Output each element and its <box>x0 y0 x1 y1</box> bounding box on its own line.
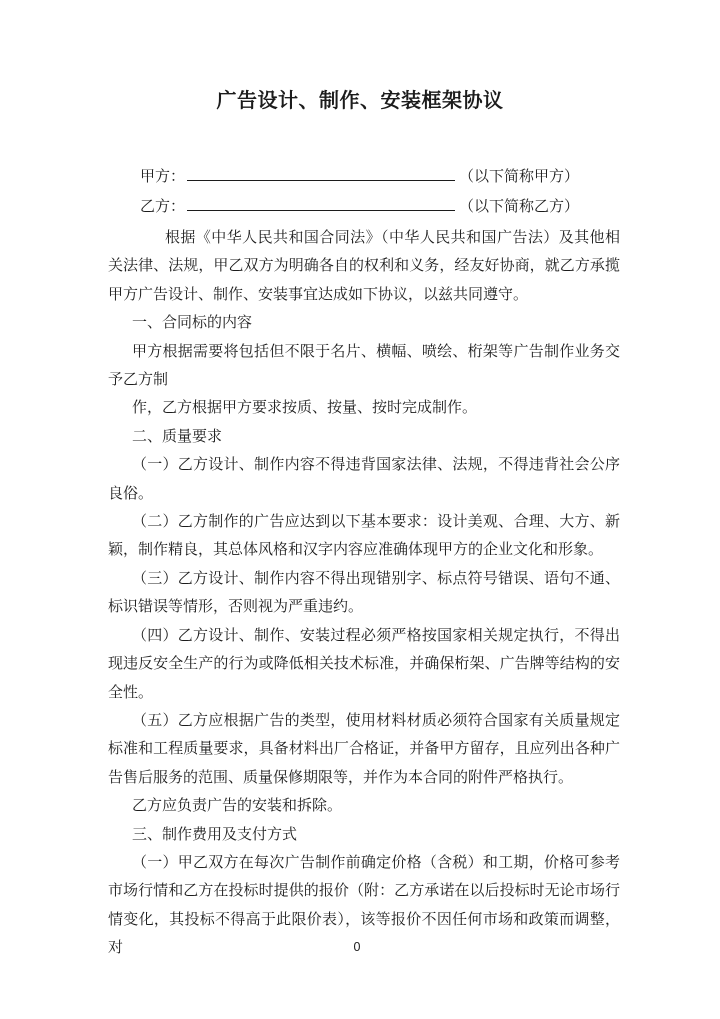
party-b-note: （以下简称乙方） <box>459 198 579 215</box>
party-a-note: （以下简称甲方） <box>459 168 579 185</box>
party-a-blank-line <box>187 165 455 181</box>
page-number: 0 <box>0 940 714 954</box>
paragraph: （四）乙方设计、制作、安装过程必须严格按国家相关规定执行，不得出现违反安全生产的… <box>108 622 620 707</box>
paragraph-list: 根据《中华人民共和国合同法》（中华人民共和国广告法）及其他相关法律、法规，甲乙双… <box>108 224 620 963</box>
party-a-label: 甲方： <box>140 168 185 185</box>
paragraph: （三）乙方设计、制作内容不得出现错别字、标点符号错误、语句不通、标识错误等情形，… <box>108 565 620 622</box>
contract-document-page: 广告设计、制作、安装框架协议 甲方：（以下简称甲方） 乙方：（以下简称乙方） 根… <box>0 0 720 1019</box>
section-heading: 二、质量要求 <box>108 423 620 451</box>
document-title: 广告设计、制作、安装框架协议 <box>0 84 720 113</box>
party-section: 甲方：（以下简称甲方） 乙方：（以下简称乙方） <box>140 162 579 222</box>
section-heading: 一、合同标的内容 <box>108 309 620 337</box>
party-b-blank-line <box>187 195 455 211</box>
paragraph: （一）乙方设计、制作内容不得违背国家法律、法规，不得违背社会公序良俗。 <box>108 451 620 508</box>
paragraph: （二）乙方制作的广告应达到以下基本要求：设计美观、合理、大方、新颖，制作精良，其… <box>108 508 620 565</box>
party-b-row: 乙方：（以下简称乙方） <box>140 192 579 222</box>
paragraph: 根据《中华人民共和国合同法》（中华人民共和国广告法）及其他相关法律、法规，甲乙双… <box>108 224 620 309</box>
paragraph: 乙方应负责广告的安装和拆除。 <box>108 792 620 820</box>
party-a-row: 甲方：（以下简称甲方） <box>140 162 579 192</box>
section-heading: 三、制作费用及支付方式 <box>108 821 620 849</box>
paragraph: （五）乙方应根据广告的类型，使用材料材质必须符合国家有关质量规定标准和工程质量要… <box>108 707 620 792</box>
paragraph: 甲方根据需要将包括但不限于名片、横幅、喷绘、桁架等广告制作业务交予乙方制 <box>108 338 620 395</box>
party-b-label: 乙方： <box>140 198 185 215</box>
paragraph: 作，乙方根据甲方要求按质、按量、按时完成制作。 <box>108 394 620 422</box>
